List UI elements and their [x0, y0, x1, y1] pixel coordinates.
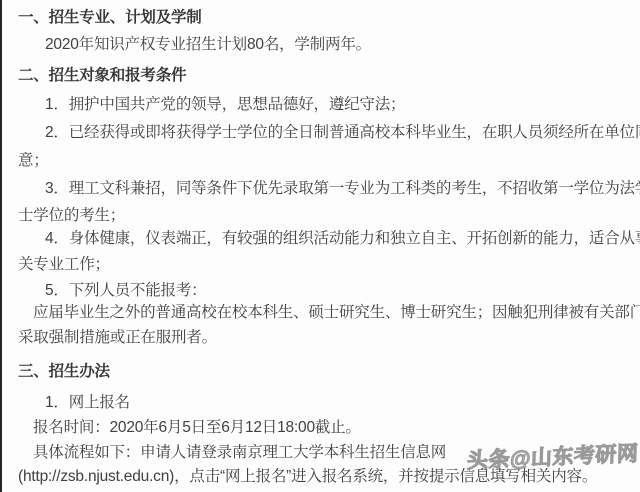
left-edge-strip [0, 0, 2, 492]
condition-item-1: 1．拥护中国共产党的领导，思想品德好，遵纪守法； [45, 95, 405, 114]
condition-item-2: 2．已经获得或即将获得学士学位的全日制普通高校本科毕业生，在职人员须经所在单位同 [45, 123, 640, 142]
condition-item-5: 5．下列人员不能报考： [45, 281, 206, 300]
condition-item-4-cont: 关专业工作； [18, 255, 110, 274]
excluded-persons-cont: 采取强制措施或正在服刑者。 [18, 328, 217, 347]
condition-item-2-cont: 意； [18, 151, 49, 170]
document-page: 一、招生专业、计划及学制 2020年知识产权专业招生计划80名，学制两年。 二、… [0, 0, 640, 492]
condition-item-3: 3．理工文科兼招，同等条件下优先录取第一专业为工科类的考生，不招收第一学位为法学… [45, 179, 640, 198]
section-heading-3: 三、招生办法 [18, 362, 110, 381]
section-heading-1: 一、招生专业、计划及学制 [18, 8, 202, 27]
registration-time: 报名时间：2020年6月5日至6月12日18:00截止。 [33, 418, 361, 437]
watermark-toutiao: 头条@山东考研网 [466, 437, 638, 475]
condition-item-4: 4．身体健康，仪表端正，有较强的组织活动能力和独立自主、开拓创新的能力，适合从事… [45, 229, 640, 248]
section-heading-2: 二、招生对象和报考条件 [18, 66, 186, 85]
procedure-intro: 具体流程如下：申请人请登录南京理工大学本科生招生信息网 [33, 443, 446, 462]
excluded-persons: 应届毕业生之外的普通高校在校本科生、硕士研究生、博士研究生；因触犯刑律被有关部门 [33, 303, 640, 322]
paragraph-plan: 2020年知识产权专业招生计划80名，学制两年。 [45, 35, 371, 54]
method-item-1: 1．网上报名 [45, 393, 130, 412]
condition-item-3-cont: 士学位的考生； [18, 206, 125, 225]
